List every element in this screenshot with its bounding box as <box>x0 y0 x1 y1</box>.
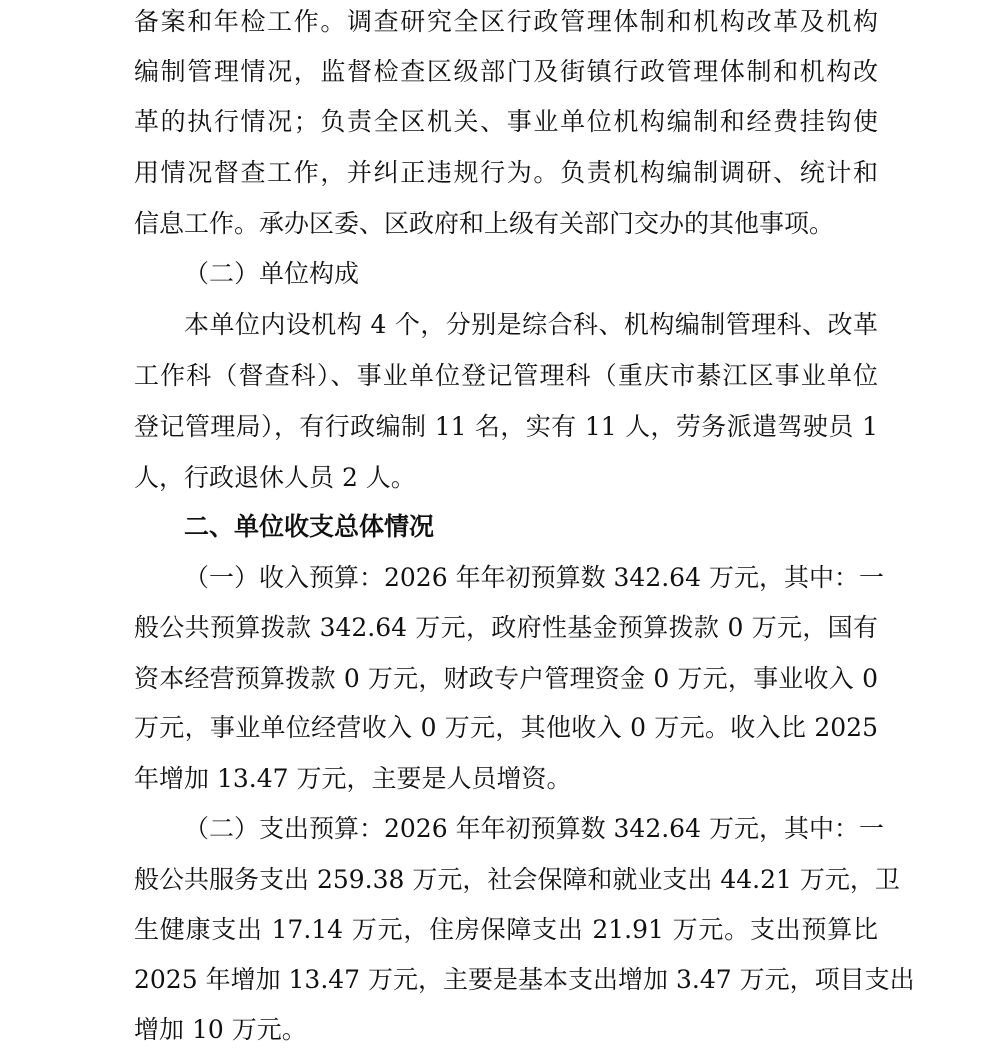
paragraph-line: 2025 年增加 13.47 万元，主要是基本支出增加 3.47 万元，项目支出 <box>134 955 878 1005</box>
paragraph-line: 般公共服务支出 259.38 万元，社会保障和就业支出 44.21 万元，卫 <box>134 855 878 905</box>
paragraph-line: 信息工作。承办区委、区政府和上级有关部门交办的其他事项。 <box>134 199 878 249</box>
paragraph-line: 工作科（督查科）、事业单位登记管理科（重庆市綦江区事业单位 <box>134 351 878 401</box>
section-heading-overview: 二、单位收支总体情况 <box>184 502 878 552</box>
paragraph-line: 资本经营预算拨款 0 万元，财政专户管理资金 0 万元，事业收入 0 <box>134 654 878 704</box>
paragraph-line: 用情况督查工作，并纠正违规行为。负责机构编制调研、统计和 <box>134 148 878 198</box>
paragraph-line: 般公共预算拨款 342.64 万元，政府性基金预算拨款 0 万元，国有 <box>134 603 878 653</box>
paragraph-line: 增加 10 万元。 <box>134 1005 878 1053</box>
paragraph-line: 万元，事业单位经营收入 0 万元，其他收入 0 万元。收入比 2025 <box>134 703 878 753</box>
paragraph-line: 编制管理情况，监督检查区级部门及街镇行政管理体制和机构改 <box>134 47 878 97</box>
section-subheading-unit-composition: （二）单位构成 <box>184 249 878 299</box>
paragraph-line: 革的执行情况；负责全区机关、事业单位机构编制和经费挂钩使 <box>134 97 878 147</box>
paragraph-line: 人，行政退休人员 2 人。 <box>134 453 878 503</box>
paragraph-line: 本单位内设机构 4 个，分别是综合科、机构编制管理科、改革 <box>184 300 878 350</box>
paragraph-line-income: （一）收入预算：2026 年年初预算数 342.64 万元，其中：一 <box>184 553 878 603</box>
paragraph-line: 年增加 13.47 万元，主要是人员增资。 <box>134 754 878 804</box>
paragraph-line-expenditure: （二）支出预算：2026 年年初预算数 342.64 万元，其中：一 <box>184 804 878 854</box>
paragraph-line: 生健康支出 17.14 万元，住房保障支出 21.91 万元。支出预算比 <box>134 905 878 955</box>
paragraph-line: 登记管理局），有行政编制 11 名，实有 11 人，劳务派遣驾驶员 1 <box>134 402 878 452</box>
paragraph-line: 备案和年检工作。调查研究全区行政管理体制和机构改革及机构 <box>134 0 878 47</box>
